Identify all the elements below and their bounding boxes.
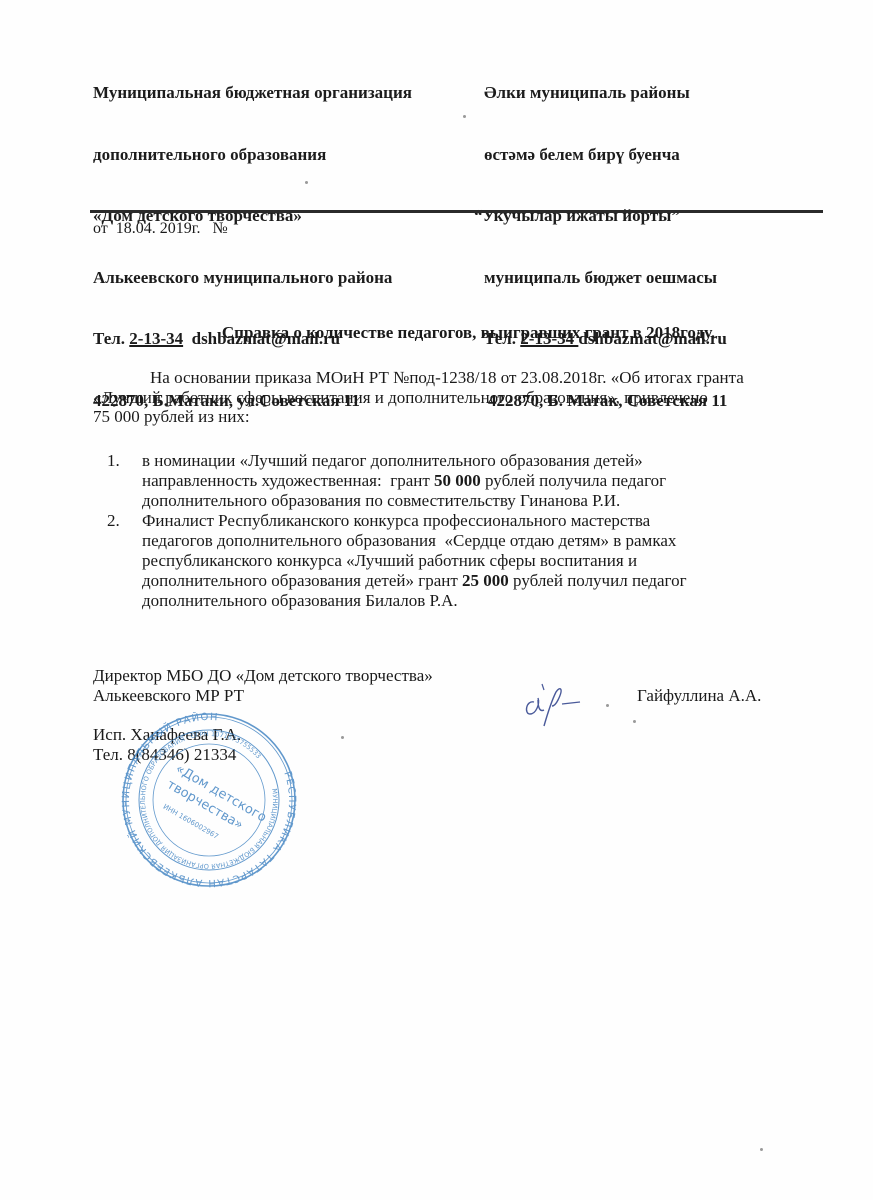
list-item: 2. Финалист Республиканского конкурса пр… <box>107 511 827 611</box>
intro-line-1: На основании приказа МОиН РТ №под-1238/1… <box>93 368 833 388</box>
list-item-line: республиканского конкурса «Лучший работн… <box>142 551 827 571</box>
header-divider <box>90 210 823 213</box>
list-item-line: дополнительного образования Билалов Р.А. <box>142 591 827 611</box>
header-right-line-2: өстәмә белем бирү буенча <box>474 145 727 166</box>
text: направленность художественная: грант <box>142 471 434 490</box>
document-page: Муниципальная бюджетная организация допо… <box>0 0 873 1200</box>
scan-speck <box>305 181 308 184</box>
grant-amount: 25 000 <box>462 571 509 590</box>
text: рублей получил педагог <box>509 571 687 590</box>
list-item-number: 2. <box>107 511 120 531</box>
list-item-line: направленность художественная: грант 50 … <box>142 471 827 491</box>
document-title: Справка о количестве педагогов, выигравш… <box>0 323 873 343</box>
list-item: 1. в номинации «Лучший педагог дополните… <box>107 451 827 511</box>
handwritten-signature-icon <box>520 670 590 730</box>
list-item-line: дополнительного образования по совместит… <box>142 491 827 511</box>
list-item-number: 1. <box>107 451 120 471</box>
scan-speck <box>606 704 609 707</box>
grant-amount: 50 000 <box>434 471 481 490</box>
scan-speck <box>341 736 344 739</box>
director-position: Директор МБО ДО «Дом детского творчества… <box>93 666 433 706</box>
list-item-line: дополнительного образования детей» грант… <box>142 571 827 591</box>
header-right-line-4: муниципаль бюджет оешмасы <box>474 268 727 289</box>
date-and-number: от 18.04. 2019г. № <box>93 220 228 238</box>
list-item-line: в номинации «Лучший педагог дополнительн… <box>142 451 827 471</box>
intro-line-3: 75 000 рублей из них: <box>93 407 833 427</box>
header-left-line-1: Муниципальная бюджетная организация <box>93 83 412 104</box>
scan-speck <box>633 720 636 723</box>
director-name: Гайфуллина А.А. <box>637 686 761 706</box>
position-line-1: Директор МБО ДО «Дом детского творчества… <box>93 666 433 686</box>
list-item-line: Финалист Республиканского конкурса профе… <box>142 511 827 531</box>
header-left-line-2: дополнительного образования <box>93 145 412 166</box>
intro-paragraph: На основании приказа МОиН РТ №под-1238/1… <box>93 368 833 427</box>
official-stamp-icon: РЕСПУБЛИКА ТАТАРСТАН АЛЬКЕЕВСКИЙ МУНИЦИП… <box>118 712 300 888</box>
header-right-line-1: Әлки муниципаль районы <box>474 83 727 104</box>
scan-speck <box>463 115 466 118</box>
scan-speck <box>760 1148 763 1151</box>
text: дополнительного образования детей» грант <box>142 571 462 590</box>
position-line-2: Алькеевского МР РТ <box>93 686 433 706</box>
list-item-line: педагогов дополнительного образования «С… <box>142 531 827 551</box>
header-left-line-4: Алькеевского муниципального района <box>93 268 412 289</box>
grant-list: 1. в номинации «Лучший педагог дополните… <box>107 451 827 611</box>
intro-line-2: «Лучший работник сферы воспитания и допо… <box>93 388 833 408</box>
text: рублей получила педагог <box>481 471 666 490</box>
